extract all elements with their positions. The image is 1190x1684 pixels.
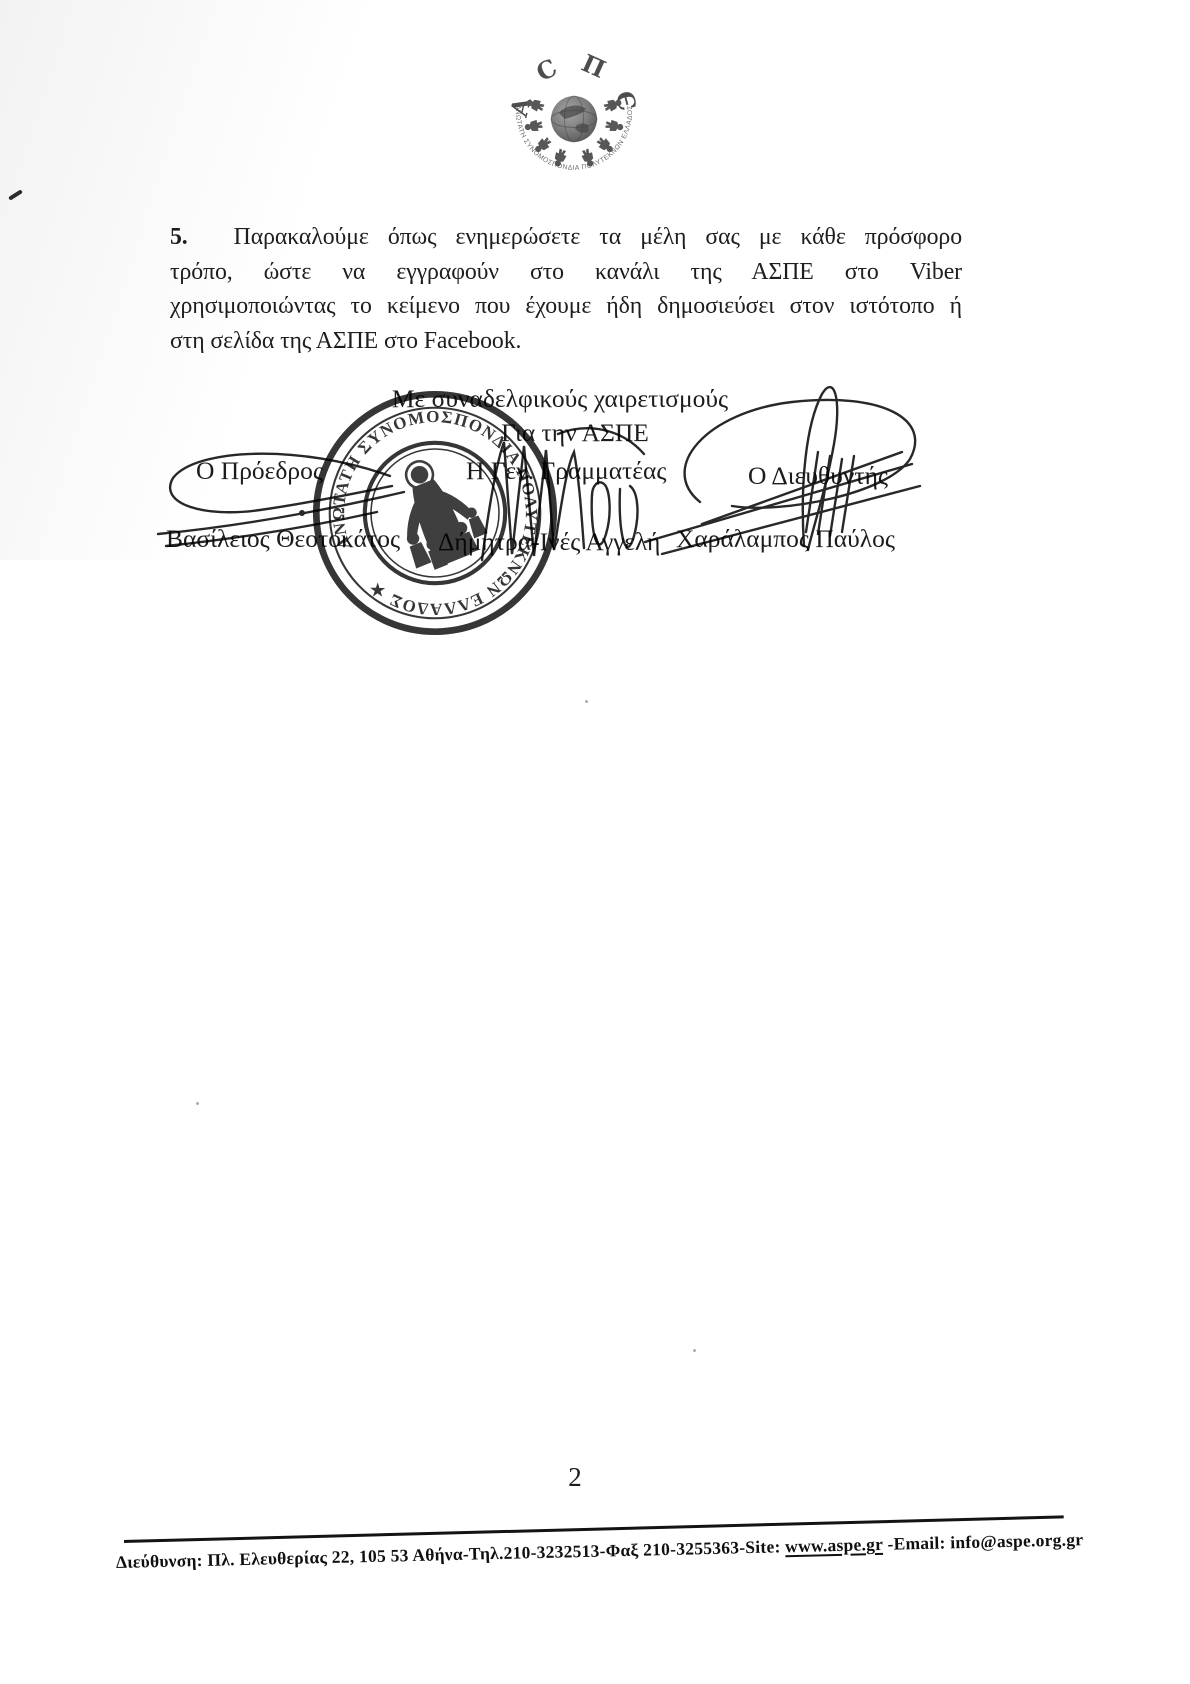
paragraph-line-1: 5.Παρακαλούμε όπως ενημερώσετε τα μέλη σ… — [170, 220, 962, 255]
scan-speck — [693, 1349, 696, 1352]
paragraph-number: 5. — [170, 224, 188, 250]
footer-address: Διεύθυνση: Πλ. Ελευθερίας 22, 105 53 Αθή… — [116, 1536, 786, 1572]
footer-website: www.aspe.gr — [785, 1534, 883, 1556]
president-signature — [158, 454, 404, 546]
signatures-layer — [140, 372, 940, 586]
globe-icon — [551, 96, 597, 142]
paragraph-line-4: στη σελίδα της ΑΣΠΕ στο Facebook. — [170, 324, 962, 359]
paragraph-text: Παρακαλούμε όπως ενημερώσετε τα μέλη σας… — [234, 224, 962, 250]
scan-speck — [585, 700, 588, 703]
paragraph-line-2: τρόπο, ώστε να εγγραφούν στο κανάλι της … — [170, 255, 962, 290]
aspe-logo: Α Ϲ Π Є ΑΝΩΤΑΤΗ ΣΥΝΟΜΟΣΠΟΝΔΙΑ ΠΟΛΥΤΕΚΝΩΝ… — [490, 45, 658, 175]
paragraph-5: 5.Παρακαλούμε όπως ενημερώσετε τα μέλη σ… — [170, 220, 962, 358]
footer-email: -Email: info@aspe.org.gr — [883, 1529, 1084, 1554]
scan-speck — [196, 1102, 199, 1105]
secretary-signature — [482, 428, 644, 560]
director-signature — [645, 387, 920, 554]
page-number: 2 — [540, 1462, 610, 1493]
paragraph-line-3: χρησιμοποιώντας το κείμενο που έχουμε ήδ… — [170, 289, 962, 324]
